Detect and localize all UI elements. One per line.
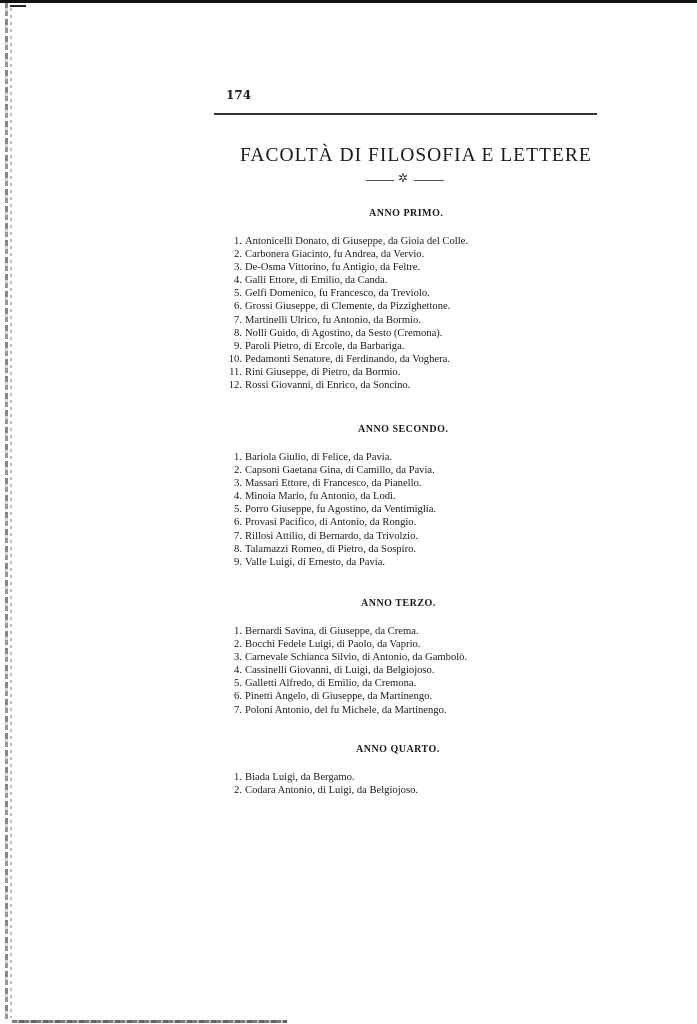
header-rule xyxy=(214,113,597,115)
entry-number: 3. xyxy=(226,261,242,274)
list-item: 7.Martinelli Ulrico, fu Antonio, da Borm… xyxy=(226,314,468,327)
entry-number: 9. xyxy=(226,340,242,353)
entry-text: Talamazzi Romeo, di Pietro, da Sospiro. xyxy=(245,544,416,555)
list-item: 8.Nolli Guido, di Agostino, da Sesto (Cr… xyxy=(226,327,468,340)
entry-text: Porro Giuseppe, fu Agostino, da Ventimig… xyxy=(245,504,436,515)
list-item: 2.Bocchi Fedele Luigi, di Paolo, da Vapr… xyxy=(226,638,467,651)
entry-text: Provasi Pacifico, di Antonio, da Rongio. xyxy=(245,517,416,528)
entry-number: 7. xyxy=(226,704,242,717)
list-item: 4.Galli Ettore, di Emilio, da Canda. xyxy=(226,274,468,287)
entry-number: 8. xyxy=(226,543,242,556)
entry-text: Galletti Alfredo, di Emilio, da Cremona. xyxy=(245,678,416,689)
list-item: 2.Capsoni Gaetana Gina, di Camillo, da P… xyxy=(226,464,436,477)
title-ornament: ✲ xyxy=(366,173,446,187)
entry-number: 5. xyxy=(226,677,242,690)
list-item: 4.Minoia Mario, fu Antonio, da Lodi. xyxy=(226,490,436,503)
section-heading-anno-primo: ANNO PRIMO. xyxy=(369,208,443,219)
entry-number: 10. xyxy=(222,353,242,366)
entry-number: 1. xyxy=(226,771,242,784)
entry-text: De-Osma Vittorino, fu Antigio, da Feltre… xyxy=(245,262,420,273)
entry-number: 1. xyxy=(226,451,242,464)
entry-number: 2. xyxy=(226,784,242,797)
list-item: 6.Pinetti Angelo, di Giuseppe, da Martin… xyxy=(226,690,467,703)
entry-text: Martinelli Ulrico, fu Antonio, da Bormio… xyxy=(245,315,421,326)
entry-number: 1. xyxy=(226,235,242,248)
entry-number: 5. xyxy=(226,503,242,516)
entry-text: Carnevale Schianca Silvio, di Antonio, d… xyxy=(245,652,467,663)
list-item: 9.Valle Luigi, di Ernesto, da Pavia. xyxy=(226,556,436,569)
entry-text: Cassinelli Giovanni, di Luigi, da Belgio… xyxy=(245,665,435,676)
entry-number: 6. xyxy=(226,690,242,703)
entry-number: 1. xyxy=(226,625,242,638)
ornament-star-icon: ✲ xyxy=(398,171,408,185)
entry-text: Rillosi Attilio, di Bernardo, da Trivolz… xyxy=(245,531,418,542)
student-list-anno-terzo: 1.Bernardi Savina, di Giuseppe, da Crema… xyxy=(226,625,467,717)
list-item: 4.Cassinelli Giovanni, di Luigi, da Belg… xyxy=(226,664,467,677)
entry-text: Bernardi Savina, di Giuseppe, da Crema. xyxy=(245,626,419,637)
entry-text: Rini Giuseppe, di Pietro, da Bormio. xyxy=(245,367,400,378)
entry-number: 6. xyxy=(226,300,242,313)
list-item: 3.De-Osma Vittorino, fu Antigio, da Felt… xyxy=(226,261,468,274)
entry-number: 11. xyxy=(222,366,242,379)
scan-binding-edge xyxy=(5,2,8,1022)
section-heading-anno-quarto: ANNO QUARTO. xyxy=(356,744,440,755)
entry-number: 7. xyxy=(226,314,242,327)
list-item: 7.Rillosi Attilio, di Bernardo, da Trivo… xyxy=(226,530,436,543)
entry-number: 2. xyxy=(226,638,242,651)
entry-number: 3. xyxy=(226,651,242,664)
entry-number: 2. xyxy=(226,248,242,261)
entry-number: 5. xyxy=(226,287,242,300)
list-item: 6.Grossi Giuseppe, di Clemente, da Pizzi… xyxy=(226,300,468,313)
scan-top-border xyxy=(0,0,697,3)
entry-text: Antonicelli Donato, di Giuseppe, da Gioi… xyxy=(245,236,468,247)
entry-text: Nolli Guido, di Agostino, da Sesto (Crem… xyxy=(245,328,442,339)
list-item: 3.Massari Ettore, di Francesco, da Piane… xyxy=(226,477,436,490)
list-item: 1.Bariola Giulio, di Felice, da Pavia. xyxy=(226,451,436,464)
student-list-anno-primo: 1.Antonicelli Donato, di Giuseppe, da Gi… xyxy=(226,235,468,392)
entry-text: Codara Antonio, di Luigi, da Belgiojoso. xyxy=(245,785,418,796)
list-item: 2.Codara Antonio, di Luigi, da Belgiojos… xyxy=(226,784,418,797)
entry-number: 4. xyxy=(226,664,242,677)
entry-text: Biada Luigi, da Bergamo. xyxy=(245,772,355,783)
entry-text: Pinetti Angelo, di Giuseppe, da Martinen… xyxy=(245,691,432,702)
list-item: 8.Talamazzi Romeo, di Pietro, da Sospiro… xyxy=(226,543,436,556)
list-item: 5.Porro Giuseppe, fu Agostino, da Ventim… xyxy=(226,503,436,516)
entry-number: 8. xyxy=(226,327,242,340)
entry-number: 12. xyxy=(222,379,242,392)
scan-binding-shadow xyxy=(10,8,12,1018)
entry-text: Valle Luigi, di Ernesto, da Pavia. xyxy=(245,557,385,568)
student-list-anno-secondo: 1.Bariola Giulio, di Felice, da Pavia. 2… xyxy=(226,451,436,569)
list-item: 2.Carbonera Giacinto, fu Andrea, da Verv… xyxy=(226,248,468,261)
entry-text: Gelfi Domenico, fu Francesco, da Treviol… xyxy=(245,288,430,299)
page-title: FACOLTÀ DI FILOSOFIA E LETTERE xyxy=(240,144,592,167)
entry-text: Paroli Pietro, di Ercole, da Barbariga. xyxy=(245,341,404,352)
entry-number: 6. xyxy=(226,516,242,529)
entry-number: 9. xyxy=(226,556,242,569)
list-item: 11.Rini Giuseppe, di Pietro, da Bormio. xyxy=(226,366,468,379)
entry-text: Pedamonti Senatore, di Ferdinando, da Vo… xyxy=(245,354,450,365)
entry-number: 7. xyxy=(226,530,242,543)
list-item: 6.Provasi Pacifico, di Antonio, da Rongi… xyxy=(226,516,436,529)
list-item: 10.Pedamonti Senatore, di Ferdinando, da… xyxy=(226,353,468,366)
entry-number: 3. xyxy=(226,477,242,490)
list-item: 1.Antonicelli Donato, di Giuseppe, da Gi… xyxy=(226,235,468,248)
entry-text: Massari Ettore, di Francesco, da Pianell… xyxy=(245,478,422,489)
entry-text: Capsoni Gaetana Gina, di Camillo, da Pav… xyxy=(245,465,435,476)
entry-number: 4. xyxy=(226,274,242,287)
entry-text: Rossi Giovanni, di Enrico, da Soncino. xyxy=(245,380,410,391)
entry-text: Galli Ettore, di Emilio, da Canda. xyxy=(245,275,387,286)
entry-text: Bocchi Fedele Luigi, di Paolo, da Vaprio… xyxy=(245,639,420,650)
list-item: 3.Carnevale Schianca Silvio, di Antonio,… xyxy=(226,651,467,664)
ornament-line-left xyxy=(366,180,394,181)
entry-text: Bariola Giulio, di Felice, da Pavia. xyxy=(245,452,392,463)
entry-text: Grossi Giuseppe, di Clemente, da Pizzigh… xyxy=(245,301,450,312)
student-list-anno-quarto: 1.Biada Luigi, da Bergamo. 2.Codara Anto… xyxy=(226,771,418,797)
page-number: 174 xyxy=(226,88,251,102)
section-heading-anno-terzo: ANNO TERZO. xyxy=(361,598,436,609)
entry-text: Carbonera Giacinto, fu Andrea, da Vervio… xyxy=(245,249,424,260)
ornament-line-right xyxy=(414,180,444,181)
list-item: 7.Poloni Antonio, del fu Michele, da Mar… xyxy=(226,704,467,717)
scan-bottom-border xyxy=(12,1020,287,1023)
list-item: 1.Bernardi Savina, di Giuseppe, da Crema… xyxy=(226,625,467,638)
list-item: 1.Biada Luigi, da Bergamo. xyxy=(226,771,418,784)
list-item: 9.Paroli Pietro, di Ercole, da Barbariga… xyxy=(226,340,468,353)
list-item: 5.Gelfi Domenico, fu Francesco, da Trevi… xyxy=(226,287,468,300)
entry-number: 4. xyxy=(226,490,242,503)
entry-number: 2. xyxy=(226,464,242,477)
section-heading-anno-secondo: ANNO SECONDO. xyxy=(358,424,448,435)
scan-corner-mark xyxy=(10,5,26,7)
entry-text: Poloni Antonio, del fu Michele, da Marti… xyxy=(245,705,447,716)
list-item: 5.Galletti Alfredo, di Emilio, da Cremon… xyxy=(226,677,467,690)
entry-text: Minoia Mario, fu Antonio, da Lodi. xyxy=(245,491,396,502)
list-item: 12.Rossi Giovanni, di Enrico, da Soncino… xyxy=(226,379,468,392)
